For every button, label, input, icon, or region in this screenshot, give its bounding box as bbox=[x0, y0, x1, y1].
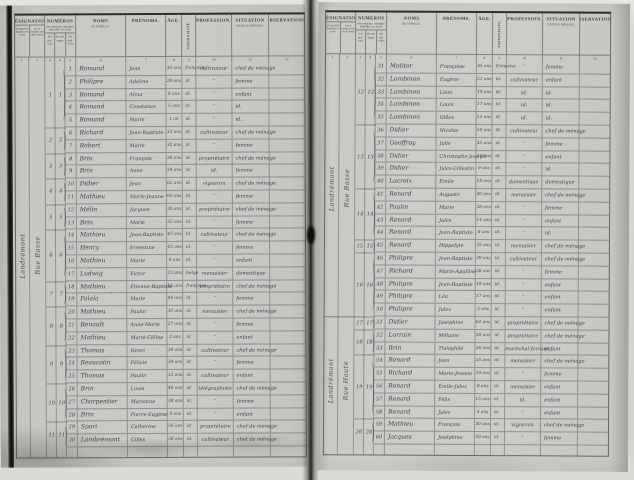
cell-situation: femme bbox=[233, 165, 270, 178]
census-row: 20MathieuPaulin30 ansid.menuisierchef de… bbox=[16, 305, 305, 319]
empty-cell bbox=[67, 447, 78, 457]
cell-prenom: Jean-Baptiste bbox=[436, 253, 476, 266]
cell-individu-number: 3 bbox=[65, 89, 76, 102]
census-row: 10DidierJean62 ansid.vigneronchef de mén… bbox=[16, 178, 305, 192]
cell-situation: chef de ménage bbox=[543, 125, 580, 138]
cell-observations bbox=[580, 74, 610, 87]
cell-des1 bbox=[326, 86, 340, 99]
cell-des1 bbox=[17, 371, 31, 384]
cell-nom: Brin bbox=[78, 409, 128, 422]
cell-m bbox=[354, 368, 364, 381]
cell-individu-number: 52 bbox=[374, 329, 385, 342]
cell-age: 1 an bbox=[166, 114, 182, 127]
cell-individu-number: 50 bbox=[375, 304, 386, 317]
cell-prenom: Léa bbox=[436, 291, 476, 304]
cell-situation: enfant bbox=[543, 74, 580, 87]
cell-observations bbox=[578, 343, 608, 356]
cell-g bbox=[57, 434, 67, 447]
cell-individu-number: 35 bbox=[376, 112, 387, 125]
cell-des2 bbox=[30, 294, 46, 307]
cell-des2 bbox=[338, 342, 354, 355]
cell-des1 bbox=[325, 201, 339, 214]
census-row: 2PhilipreAdeline29 ansid.″femme bbox=[15, 75, 304, 89]
empty-cell bbox=[17, 447, 31, 457]
cell-individu-number: 7 bbox=[66, 140, 77, 153]
cell-observations bbox=[270, 203, 305, 216]
cell-individu-number: 5 bbox=[65, 115, 76, 128]
cell-observations bbox=[271, 357, 306, 370]
cell-prenom: Christophe-Joseph bbox=[436, 150, 476, 163]
cell-individu-number: 57 bbox=[374, 393, 385, 406]
cell-situation: femme bbox=[542, 266, 579, 279]
cell-age: 15 ans bbox=[475, 394, 491, 407]
cell-g bbox=[365, 163, 375, 176]
cell-situation: chef de ménage bbox=[234, 421, 271, 434]
cell-des1 bbox=[325, 303, 339, 316]
cell-situation: chef de ménage bbox=[233, 280, 270, 293]
cell-situation: chef de ménage bbox=[233, 178, 270, 191]
cell-des2 bbox=[29, 63, 45, 76]
cell-nom: Renard bbox=[385, 393, 435, 406]
cell-g bbox=[364, 380, 374, 393]
cell-prenom: Jacques bbox=[127, 204, 167, 217]
cell-profession: ″ bbox=[197, 216, 233, 229]
cell-nationalite: id. bbox=[491, 419, 505, 432]
cell-nom: Renard bbox=[386, 240, 436, 253]
cell-g bbox=[366, 99, 376, 112]
cell-profession: ″ bbox=[506, 228, 542, 241]
cell-des1 bbox=[324, 419, 338, 432]
cell-observations bbox=[578, 420, 608, 433]
cell-des2 bbox=[29, 76, 45, 89]
cell-prenom: Jean-Baptiste bbox=[436, 227, 476, 240]
situation-note: DANS LE MÉNAGE. bbox=[235, 23, 265, 28]
cell-des2 bbox=[339, 239, 355, 252]
cell-profession: ″ bbox=[506, 304, 542, 317]
cell-situation: id. bbox=[543, 113, 580, 126]
cell-des2 bbox=[338, 355, 354, 368]
cell-situation: chef de ménage bbox=[542, 241, 579, 254]
cell-individu-number: 1 bbox=[65, 63, 76, 76]
cell-observations bbox=[270, 305, 305, 318]
cell-nationalite: id. bbox=[182, 88, 196, 101]
cell-age: 19 ans bbox=[476, 279, 492, 292]
cell-observations bbox=[579, 305, 609, 318]
table-header: DÉSIGNATIONdu quartier, hameau ou écartr… bbox=[15, 14, 304, 56]
cell-individu-number: 46 bbox=[375, 252, 386, 265]
cell-age: 38 ans bbox=[476, 202, 492, 215]
cell-individu-number: 20 bbox=[66, 306, 77, 319]
cell-des1 bbox=[16, 268, 30, 281]
cell-nationalite: id. bbox=[183, 178, 197, 191]
empty-cell bbox=[168, 447, 184, 457]
cell-nationalite: id. bbox=[492, 151, 506, 164]
cell-age: 29 ans bbox=[475, 368, 491, 381]
cell-g bbox=[56, 255, 66, 268]
cell-nom: Renard bbox=[386, 214, 436, 227]
cell-nom: Jacques bbox=[385, 432, 435, 445]
column-header-noms: NOMSDE FAMILLE. bbox=[76, 15, 126, 56]
census-row: 9BrinAnne34 ansid.id.femme bbox=[16, 165, 305, 179]
cell-profession: ″ bbox=[198, 395, 234, 408]
cell-g bbox=[364, 432, 374, 445]
cell-des2 bbox=[340, 99, 356, 112]
cell-age: 2 ans bbox=[167, 332, 183, 345]
cell-m bbox=[46, 255, 56, 268]
cell-situation: femme bbox=[541, 368, 578, 381]
cell-prenom: Jean bbox=[435, 355, 475, 368]
cell-individu-number: 4 bbox=[65, 102, 76, 115]
cell-des1 bbox=[326, 60, 340, 73]
cell-m bbox=[47, 358, 57, 371]
designation-sub-0: du quartier, hameau ou écart bbox=[326, 22, 341, 54]
cell-prenom: François bbox=[435, 419, 475, 432]
cell-individu-number: 13 bbox=[66, 217, 77, 230]
cell-individu-number: 48 bbox=[375, 278, 386, 291]
cell-nationalite: id. bbox=[492, 304, 506, 317]
cell-des2 bbox=[30, 345, 46, 358]
cell-observations bbox=[271, 408, 306, 421]
cell-des1 bbox=[17, 435, 31, 448]
cell-des1 bbox=[326, 111, 340, 124]
cell-g bbox=[56, 204, 66, 217]
cell-situation: femme bbox=[542, 138, 579, 151]
cell-m bbox=[46, 204, 56, 217]
cell-nom: Renard bbox=[385, 380, 435, 393]
cell-profession: propriétaire bbox=[505, 330, 541, 343]
cell-nom: Philipre bbox=[386, 278, 436, 291]
cell-m bbox=[356, 124, 366, 137]
cell-individu-number: 30 bbox=[67, 434, 78, 447]
cell-profession: menuisier bbox=[197, 267, 233, 280]
cell-g bbox=[57, 358, 67, 371]
cell-profession: propriétaire bbox=[197, 203, 233, 216]
cell-nom: Renault bbox=[77, 319, 127, 332]
cell-profession: ″ bbox=[197, 139, 233, 152]
column-header-age: ÂGE. bbox=[477, 13, 493, 54]
cell-des1 bbox=[16, 255, 30, 268]
cell-age: 38 ans bbox=[167, 344, 183, 357]
cell-situation: chef de ménage bbox=[234, 434, 271, 447]
cell-profession: maréchal-ferrant bbox=[505, 343, 541, 356]
cell-observations bbox=[269, 101, 304, 114]
cell-des2 bbox=[340, 111, 356, 124]
cell-observations bbox=[580, 62, 610, 75]
cell-nationalite: id. bbox=[493, 99, 507, 112]
cell-g bbox=[365, 304, 375, 317]
cell-des2 bbox=[338, 329, 354, 342]
cell-des1 bbox=[324, 329, 338, 342]
cell-m bbox=[46, 179, 56, 192]
cell-prenom: Marie bbox=[127, 255, 167, 268]
cell-profession: menuisier bbox=[197, 306, 233, 319]
numeros-sub-1: des mé- nages bbox=[55, 33, 65, 56]
cell-des2 bbox=[339, 278, 355, 291]
cell-observations bbox=[579, 228, 609, 241]
cell-des2 bbox=[31, 422, 47, 435]
cell-observations bbox=[270, 344, 305, 357]
census-row: 28BrinPierre-Eugène9 ansid.″enfant bbox=[17, 408, 306, 422]
cell-g bbox=[55, 63, 65, 76]
cell-des1 bbox=[16, 319, 30, 332]
cell-nom: Molitor bbox=[387, 61, 437, 74]
cell-situation: domestique bbox=[233, 267, 270, 280]
cell-nationalite: id. bbox=[492, 253, 506, 266]
cell-nationalite: id. bbox=[491, 407, 505, 420]
cell-age: 48 ans bbox=[167, 293, 183, 306]
cell-nom: Romand bbox=[76, 114, 126, 127]
cell-individu-number: 56 bbox=[374, 380, 385, 393]
cell-nationalite: id. bbox=[183, 216, 197, 229]
cell-g bbox=[56, 153, 66, 166]
cell-age: 30 ans bbox=[475, 432, 491, 445]
cell-des2 bbox=[29, 115, 45, 128]
cell-situation: chef de ménage bbox=[233, 344, 270, 357]
cell-observations bbox=[270, 165, 305, 178]
cell-observations bbox=[579, 215, 609, 228]
cell-nom: Brin bbox=[385, 342, 435, 355]
cell-situation: enfant bbox=[542, 279, 579, 292]
cell-profession: id. bbox=[507, 100, 543, 113]
cell-age: 11 ans bbox=[477, 112, 493, 125]
cell-nationalite: id. bbox=[183, 229, 197, 242]
cell-prenom: Marie-Jeanne bbox=[127, 191, 167, 204]
cell-profession: cultivateur bbox=[197, 127, 233, 140]
cell-nationalite: id. bbox=[183, 127, 197, 140]
cell-nationalite: id. bbox=[184, 434, 198, 447]
cell-m bbox=[355, 137, 365, 150]
cell-des1 bbox=[325, 150, 339, 163]
cell-individu-number: 51 bbox=[375, 316, 386, 329]
cell-nom: Philipre bbox=[76, 76, 126, 89]
cell-g bbox=[56, 191, 66, 204]
cell-nationalite: id. bbox=[183, 204, 197, 217]
cell-individu-number: 25 bbox=[67, 370, 78, 383]
cell-profession: ″ bbox=[506, 215, 542, 228]
census-row: 11MathieuMarie-Jeanne60 ansid.″femme bbox=[16, 190, 305, 204]
cell-observations bbox=[580, 126, 610, 139]
cell-g bbox=[56, 140, 66, 153]
cell-prenom: Louis bbox=[128, 383, 168, 396]
cell-des1 bbox=[325, 239, 339, 252]
census-row: 19FalalaMarie48 ansid.″femme bbox=[16, 293, 305, 307]
cell-age: 18 ans bbox=[476, 176, 492, 189]
cell-situation: enfant bbox=[542, 151, 579, 164]
cell-nationalite: id. bbox=[184, 408, 198, 421]
cell-des1 bbox=[15, 76, 29, 89]
cell-individu-number: 29 bbox=[67, 422, 78, 435]
scanned-census-register: DÉSIGNATIONdu quartier, hameau ou écartr… bbox=[0, 0, 634, 480]
cell-m bbox=[47, 371, 57, 384]
cell-situation: enfant bbox=[542, 215, 579, 228]
cell-des1 bbox=[325, 252, 339, 265]
cell-situation: femme bbox=[233, 190, 270, 203]
cell-nom: Henry bbox=[77, 242, 127, 255]
table-body: 31MolitorFrançoise45 ansfrançaise″femme3… bbox=[324, 60, 610, 455]
cell-observations bbox=[579, 202, 609, 215]
census-row: 1RomandJean30 ansfrançaisecultivateurche… bbox=[15, 62, 304, 76]
cell-individu-number: 58 bbox=[374, 406, 385, 419]
cell-g bbox=[56, 294, 66, 307]
cell-observations bbox=[579, 190, 609, 203]
cell-situation: id. bbox=[232, 114, 269, 127]
cell-profession: ″ bbox=[506, 279, 542, 292]
cell-m bbox=[356, 112, 366, 125]
empty-cell bbox=[31, 447, 47, 457]
cell-observations bbox=[269, 114, 304, 127]
cell-prenom: Joséphine bbox=[435, 432, 475, 445]
cell-m bbox=[46, 166, 56, 179]
cell-des2 bbox=[338, 406, 354, 419]
column-header-noms: NOMSDE FAMILLE. bbox=[387, 13, 437, 54]
cell-profession: ″ bbox=[506, 266, 542, 279]
cell-g bbox=[364, 355, 374, 368]
cell-des2 bbox=[339, 265, 355, 278]
cell-situation: enfant bbox=[233, 254, 270, 267]
cell-age: 35 ans bbox=[475, 355, 491, 368]
cell-des2 bbox=[30, 255, 46, 268]
numeros-note: des maisons, ménages (familles ou feux) bbox=[356, 21, 386, 30]
cell-prenom: Marie-Apolline bbox=[436, 266, 476, 279]
cell-prenom: Marie-Céline bbox=[127, 332, 167, 345]
cell-age: 58 ans bbox=[168, 434, 184, 447]
cell-profession: id. bbox=[197, 165, 233, 178]
cell-prenom: Julie bbox=[436, 138, 476, 151]
cell-profession: id. bbox=[507, 112, 543, 125]
cell-observations bbox=[579, 254, 609, 267]
cell-g bbox=[365, 265, 375, 278]
cell-m bbox=[47, 383, 57, 396]
empty-cell bbox=[354, 444, 364, 454]
profession-title: PROFESSION. bbox=[507, 16, 542, 22]
census-row: 16MathieuMarie8 ansid.″enfant bbox=[16, 254, 305, 268]
cell-profession: vigneron bbox=[197, 178, 233, 191]
cell-profession: ″ bbox=[196, 114, 232, 127]
census-row: 3RomandAlma8 ansid.″enfant bbox=[15, 88, 304, 102]
cell-m bbox=[354, 406, 364, 419]
cell-des1 bbox=[16, 192, 30, 205]
cell-observations bbox=[579, 266, 609, 279]
column-header-numeros: NUMÉROSdes maisons, ménages (familles ou… bbox=[45, 15, 76, 56]
cell-prenom: Anne-Marie bbox=[127, 319, 167, 332]
cell-observations bbox=[579, 292, 609, 305]
noms-note: DE FAMILLE. bbox=[401, 21, 422, 26]
cell-g bbox=[365, 278, 375, 291]
cell-des1 bbox=[15, 102, 29, 115]
cell-profession: cultivateur bbox=[198, 370, 234, 383]
cell-situation: enfant bbox=[234, 370, 271, 383]
cell-prenom: Jean-Baptiste bbox=[127, 229, 167, 242]
cell-observations bbox=[270, 190, 305, 203]
cell-des2 bbox=[338, 367, 354, 380]
cell-observations bbox=[270, 152, 305, 165]
cell-prenom: Catherine bbox=[128, 421, 168, 434]
cell-age: 56 ans bbox=[168, 421, 184, 434]
cell-individu-number: 14 bbox=[66, 230, 77, 243]
cell-situation: chef de ménage bbox=[234, 382, 271, 395]
noms-note: DE FAMILLE. bbox=[90, 24, 111, 29]
cell-des1 bbox=[325, 188, 339, 201]
cell-profession: cultivateur bbox=[507, 125, 543, 138]
cell-g bbox=[364, 406, 374, 419]
cell-des2 bbox=[339, 150, 355, 163]
cell-nationalite: id. bbox=[492, 138, 506, 151]
column-header-situation: SITUATIONDANS LE MÉNAGE. bbox=[543, 13, 580, 54]
page-binding-edge-shadow bbox=[6, 6, 14, 468]
cell-des1 bbox=[16, 153, 30, 166]
cell-prenom: Félicie bbox=[128, 357, 168, 370]
cell-individu-number: 42 bbox=[375, 201, 386, 214]
census-table-right: DÉSIGNATIONdu quartier, hameau ou écartr… bbox=[323, 10, 611, 456]
cell-des1 bbox=[324, 355, 338, 368]
cell-des2 bbox=[30, 332, 46, 345]
cell-nationalite: id. bbox=[492, 202, 506, 215]
cell-des2 bbox=[30, 191, 46, 204]
cell-des1 bbox=[16, 179, 30, 192]
empty-cell bbox=[541, 445, 578, 455]
cell-individu-number: 18 bbox=[66, 281, 77, 294]
cell-prenom: Marianne bbox=[128, 396, 168, 409]
cell-m bbox=[46, 294, 56, 307]
cell-des2 bbox=[31, 358, 47, 371]
cell-nationalite: id. bbox=[491, 368, 505, 381]
cell-individu-number: 22 bbox=[66, 332, 77, 345]
cell-prenom: Paulin bbox=[127, 306, 167, 319]
cell-situation: enfant bbox=[232, 88, 269, 101]
cell-age: 39 ans bbox=[476, 253, 492, 266]
cell-nom: Geoffroy bbox=[386, 137, 436, 150]
cell-age: 9 ans bbox=[476, 163, 492, 176]
cell-g bbox=[55, 76, 65, 89]
cell-age: 4 ans bbox=[475, 407, 491, 420]
table-header: DÉSIGNATIONdu quartier, hameau ou écartr… bbox=[326, 12, 610, 54]
cell-situation: id. bbox=[542, 228, 579, 241]
cell-nationalite: id. bbox=[493, 87, 507, 100]
cell-m bbox=[46, 268, 56, 281]
cell-age: 45 ans bbox=[167, 229, 183, 242]
cell-g bbox=[365, 150, 375, 163]
cell-profession: propriétaire bbox=[197, 152, 233, 165]
cell-situation: enfant bbox=[233, 331, 270, 344]
cell-g bbox=[57, 396, 67, 409]
cell-profession: ″ bbox=[506, 138, 542, 151]
cell-age: 36 ans bbox=[167, 152, 183, 165]
cell-observations bbox=[578, 356, 608, 369]
cell-des1 bbox=[15, 89, 29, 102]
cell-nom: Renard bbox=[385, 355, 435, 368]
cell-g bbox=[365, 227, 375, 240]
cell-m bbox=[45, 76, 55, 89]
empty-cell bbox=[491, 445, 505, 455]
cell-nationalite: id. bbox=[492, 227, 506, 240]
cell-des1 bbox=[16, 345, 30, 358]
cell-g bbox=[57, 409, 67, 422]
cell-nom: Brin bbox=[77, 217, 127, 230]
cell-age: 45 ans bbox=[476, 138, 492, 151]
cell-situation: femme bbox=[233, 293, 270, 306]
empty-cell bbox=[578, 445, 608, 455]
cell-des2 bbox=[340, 60, 356, 73]
numeros-subcolumns: des mai- sonsdes mé- nagesdes indi- vidu… bbox=[356, 29, 386, 53]
cell-nom: Renard bbox=[386, 227, 436, 240]
cell-m bbox=[47, 435, 57, 448]
cell-age: 8 ans bbox=[166, 88, 182, 101]
cell-nationalite: id. bbox=[492, 291, 506, 304]
cell-nom: Didier bbox=[386, 150, 436, 163]
cell-prenom: Théophile bbox=[435, 342, 475, 355]
cell-prenom: François bbox=[127, 153, 167, 166]
cell-g bbox=[365, 176, 375, 189]
